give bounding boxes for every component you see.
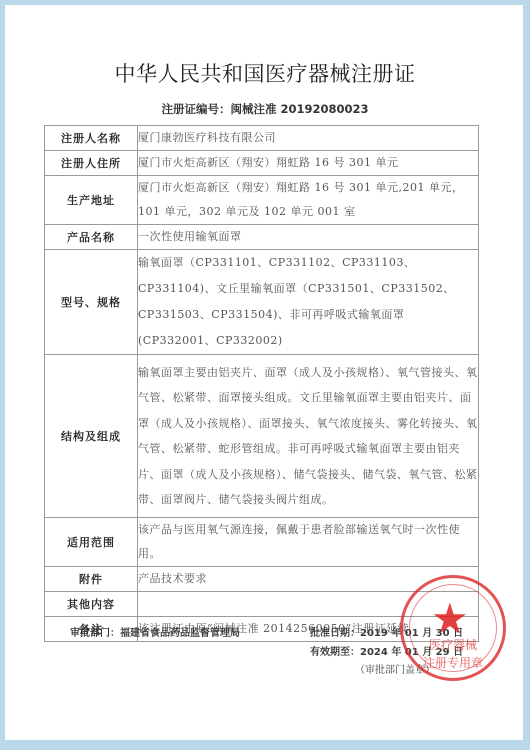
document-title: 中华人民共和国医疗器械注册证 <box>0 58 530 88</box>
value-registrant-address: 厦门市火炬高新区（翔安）翔虹路 16 号 301 单元 <box>138 151 479 176</box>
row-production-address: 生产地址 厦门市火炬高新区（翔安）翔虹路 16 号 301 单元,201 单元，… <box>45 176 479 225</box>
label-product-name: 产品名称 <box>45 225 138 250</box>
approval-department: 审批部门：福建省食品药品监督管理局 <box>70 624 240 639</box>
certificate-table: 注册人名称 厦门康勃医疗科技有限公司 注册人住所 厦门市火炬高新区（翔安）翔虹路… <box>44 125 479 642</box>
row-registrant-address: 注册人住所 厦门市火炬高新区（翔安）翔虹路 16 号 301 单元 <box>45 151 479 176</box>
value-production-address: 厦门市火炬高新区（翔安）翔虹路 16 号 301 单元,201 单元，101 单… <box>138 176 479 225</box>
official-seal: ★ 医疗器械 注册专用章 <box>400 575 506 681</box>
label-structure: 结构及组成 <box>45 355 138 518</box>
label-model-spec: 型号、规格 <box>45 250 138 355</box>
row-attachment: 附件 产品技术要求 <box>45 567 479 592</box>
label-production-address: 生产地址 <box>45 176 138 225</box>
label-attachment: 附件 <box>45 567 138 592</box>
label-scope: 适用范围 <box>45 518 138 567</box>
seal-bottom-text: 注册专用章 <box>403 654 503 671</box>
value-product-name: 一次性使用输氧面罩 <box>138 225 479 250</box>
label-registrant-name: 注册人名称 <box>45 126 138 151</box>
star-icon: ★ <box>431 598 469 640</box>
registration-number: 注册证编号：闽械注准 20192080023 <box>0 101 530 117</box>
value-scope: 该产品与医用氧气源连接，佩戴于患者脸部输送氧气时一次性使用。 <box>138 518 479 567</box>
row-registrant-name: 注册人名称 厦门康勃医疗科技有限公司 <box>45 126 479 151</box>
row-scope: 适用范围 该产品与医用氧气源连接，佩戴于患者脸部输送氧气时一次性使用。 <box>45 518 479 567</box>
row-structure: 结构及组成 输氧面罩主要由铝夹片、面罩（成人及小孩规格）、氧气管接头、氧气管、松… <box>45 355 479 518</box>
seal-middle-text: 医疗器械 <box>403 636 503 653</box>
row-model-spec: 型号、规格 输氧面罩（CP331101、CP331102、CP331103、CP… <box>45 250 479 355</box>
value-model-spec: 输氧面罩（CP331101、CP331102、CP331103、CP331104… <box>138 250 479 355</box>
row-product-name: 产品名称 一次性使用输氧面罩 <box>45 225 479 250</box>
value-structure: 输氧面罩主要由铝夹片、面罩（成人及小孩规格）、氧气管接头、氧气管、松紧带、面罩接… <box>138 355 479 518</box>
label-registrant-address: 注册人住所 <box>45 151 138 176</box>
label-other: 其他内容 <box>45 592 138 617</box>
value-registrant-name: 厦门康勃医疗科技有限公司 <box>138 126 479 151</box>
